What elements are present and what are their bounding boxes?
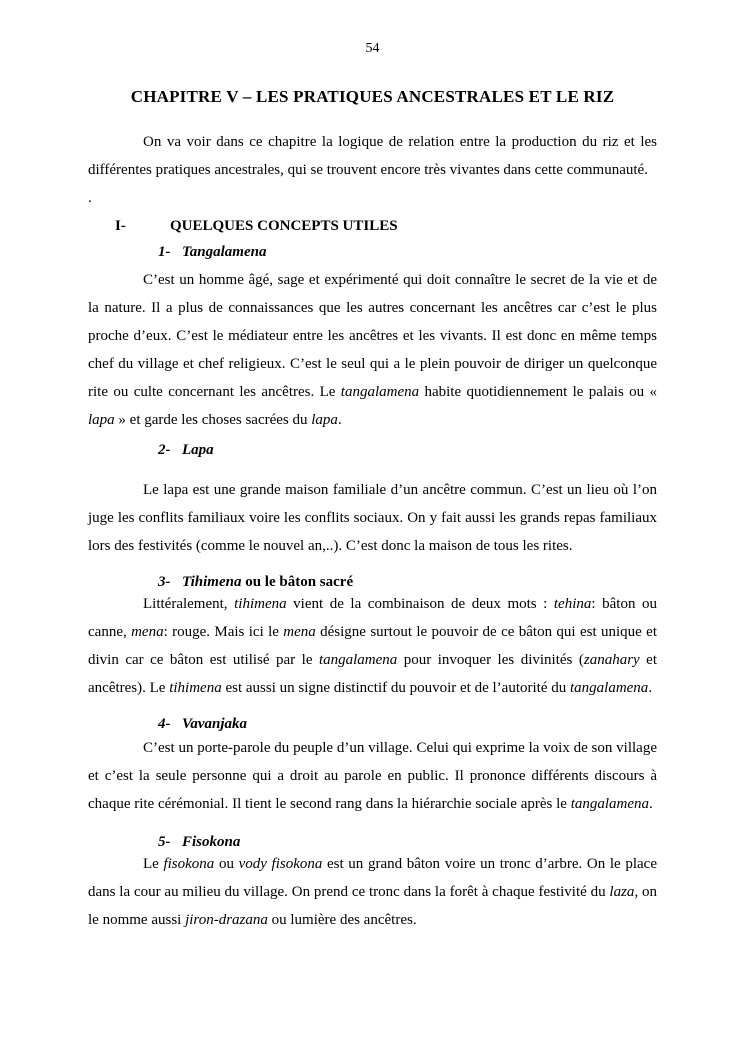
section-title: QUELQUES CONCEPTS UTILES [170, 218, 398, 234]
item-title: Tihimena ou le bâton sacré [182, 574, 353, 590]
item-heading: 1-Tangalamena [158, 238, 657, 266]
concept-item-tihimena: 3-Tihimena ou le bâton sacré Littéraleme… [88, 568, 657, 702]
item-number: 1- [158, 238, 182, 266]
intro-paragraph: On va voir dans ce chapitre la logique d… [88, 128, 657, 184]
concept-item-tangalamena: 1-Tangalamena C’est un homme âgé, sage e… [88, 238, 657, 434]
item-title: Tangalamena [182, 244, 266, 260]
item-paragraph: Le lapa est une grande maison familiale … [88, 476, 657, 560]
item-title: Lapa [182, 442, 214, 458]
section-numeral: I- [115, 212, 170, 240]
concept-item-vavanjaka: 4-Vavanjaka C’est un porte-parole du peu… [88, 710, 657, 818]
item-paragraph: C’est un porte-parole du peuple d’un vil… [88, 734, 657, 818]
item-title: Fisokona [182, 834, 240, 850]
page-number: 54 [88, 40, 657, 58]
section-heading: I-QUELQUES CONCEPTS UTILES [115, 212, 657, 240]
chapter-title: CHAPITRE V – LES PRATIQUES ANCESTRALES E… [88, 86, 657, 108]
item-paragraph: Littéralement, tihimena vient de la comb… [88, 590, 657, 702]
item-heading: 2-Lapa [158, 436, 657, 464]
stray-dot-line: . [88, 184, 657, 212]
concept-item-lapa: 2-Lapa Le lapa est une grande maison fam… [88, 436, 657, 560]
item-paragraph: Le fisokona ou vody fisokona est un gran… [88, 850, 657, 934]
concept-item-fisokona: 5-Fisokona Le fisokona ou vody fisokona … [88, 828, 657, 934]
document-page: 54 CHAPITRE V – LES PRATIQUES ANCESTRALE… [0, 0, 745, 1053]
item-paragraph: C’est un homme âgé, sage et expérimenté … [88, 266, 657, 434]
item-number: 2- [158, 436, 182, 464]
item-title: Vavanjaka [182, 716, 247, 732]
